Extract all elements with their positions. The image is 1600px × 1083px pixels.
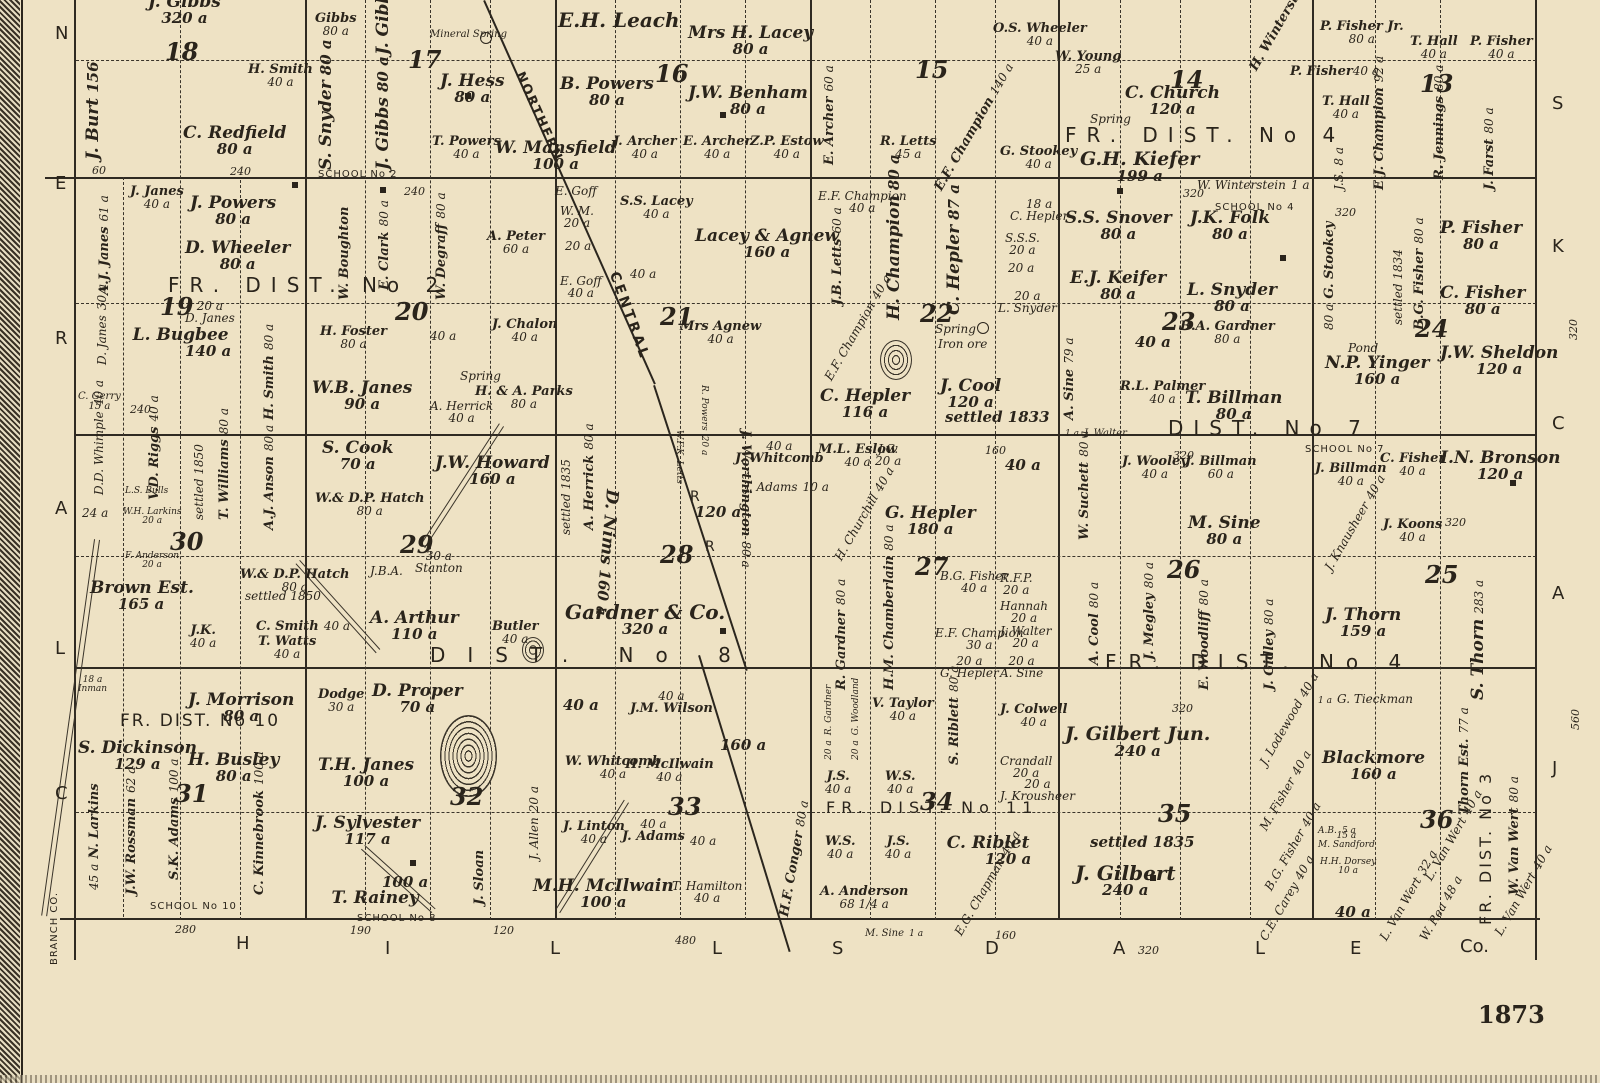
county-letter: L bbox=[550, 940, 560, 958]
county-letter: J bbox=[1552, 760, 1557, 778]
parcel: 40 a bbox=[690, 835, 716, 847]
parcel: T. Hall40 a bbox=[1410, 35, 1458, 60]
dimension-label: 320 bbox=[1138, 945, 1159, 956]
house-icon bbox=[1117, 188, 1123, 194]
parcel: T. Williams 80 a bbox=[215, 408, 231, 520]
dimension-label: 240 bbox=[230, 166, 251, 177]
county-letter: L bbox=[1255, 940, 1265, 958]
parcel: W. M.20 a bbox=[560, 205, 594, 229]
county-letter: E bbox=[1350, 940, 1361, 958]
parcel: J.W. Sheldon120 a bbox=[1440, 345, 1558, 377]
parcel: 160 a bbox=[720, 738, 766, 753]
parcel: Gibbs80 a bbox=[315, 12, 357, 37]
parcel: S.S. Lacey40 a bbox=[620, 195, 693, 220]
parcel: 20 aL. Snyder bbox=[998, 290, 1057, 314]
parcel: 40 a bbox=[1335, 905, 1371, 920]
parcel: 40 aJ. Whitcomb bbox=[735, 440, 824, 465]
parcel: E.J. Keifer80 a bbox=[1070, 270, 1166, 302]
plat-map: N E R A L C BRANCH CO. H I L L S D A L E… bbox=[0, 0, 1600, 1083]
parcel: W. Boughton bbox=[335, 207, 351, 300]
parcel: Mrs Agnew40 a bbox=[680, 320, 761, 345]
parcel: W. Mansfield100 a bbox=[495, 140, 617, 172]
parcel: C. Church120 a bbox=[1125, 85, 1220, 117]
parcel: W.S.40 a bbox=[825, 835, 856, 860]
parcel: J.S.40 a bbox=[885, 835, 911, 860]
section-number: 20 bbox=[395, 300, 428, 324]
parcel: J. Gidley 80 a bbox=[1260, 599, 1276, 690]
quarter-line bbox=[995, 0, 996, 920]
parcel: 40 a bbox=[563, 698, 599, 713]
section-number: 34 bbox=[920, 790, 953, 814]
district-label: FR. DIST. No 2 bbox=[168, 275, 448, 295]
parcel: Dodge30 a bbox=[318, 688, 364, 713]
parcel: A. Peter60 a bbox=[487, 230, 545, 255]
parcel: H.M. Chamberlain 80 a bbox=[880, 524, 896, 690]
south-township-line bbox=[60, 918, 1540, 920]
parcel: 20 a bbox=[1008, 262, 1034, 274]
parcel: G. Stookey40 a bbox=[1000, 145, 1077, 170]
parcel: S. Snyder 80 a bbox=[318, 39, 335, 170]
parcel: H. Champion 80 a bbox=[886, 154, 903, 320]
dimension-label: 320 bbox=[1335, 207, 1356, 218]
parcel: E. Goff40 a bbox=[560, 275, 602, 299]
county-letter: L bbox=[55, 640, 65, 658]
parcel: Z.P. Estow40 a bbox=[750, 135, 824, 160]
parcel: S.S. Snover80 a bbox=[1065, 210, 1172, 242]
branch-county-label: BRANCH CO. bbox=[50, 892, 60, 965]
parcel: C. Hepler116 a bbox=[820, 388, 910, 420]
parcel: A. Herrick40 a bbox=[430, 400, 493, 424]
parcel: A. Sine 79 a bbox=[1060, 337, 1076, 420]
settled-label: settled 1835 bbox=[1090, 835, 1195, 850]
parcel: C. Fisher80 a bbox=[1440, 285, 1525, 317]
parcel: J. Billman60 a bbox=[1185, 455, 1257, 480]
parcel: L. Van Wert 40 a bbox=[1490, 841, 1555, 938]
parcel: C. Smith 40 a bbox=[256, 617, 350, 633]
parcel: Mrs H. Lacey80 a bbox=[688, 25, 813, 57]
parcel: C. Fisher40 a bbox=[1380, 452, 1445, 477]
parcel: J. Gibbs320 a bbox=[148, 0, 221, 26]
parcel: E. Archer 60 a bbox=[820, 65, 836, 165]
county-letter: N bbox=[55, 25, 68, 43]
section-number: 28 bbox=[660, 543, 693, 567]
spring-icon bbox=[977, 322, 989, 334]
dimension-label: 120 bbox=[493, 925, 514, 936]
house-icon bbox=[1280, 255, 1286, 261]
county-letter: H bbox=[236, 935, 250, 953]
parcel: D.D. Whimple 40 a bbox=[90, 380, 106, 495]
parcel: J. Sylvester117 a bbox=[315, 815, 420, 847]
iron-ore-label: Iron ore bbox=[938, 338, 987, 350]
parcel: J. Morrison80 a bbox=[188, 692, 294, 724]
section-number: 15 bbox=[915, 58, 948, 82]
parcel: H. Smith 80 a bbox=[260, 324, 276, 420]
parcel: P. Fisher40 a bbox=[1290, 62, 1379, 78]
pond-icon bbox=[880, 340, 912, 380]
parcel: J.B.A. bbox=[370, 565, 403, 577]
parcel: L. Bugbee140 a bbox=[130, 327, 231, 359]
parcel: J. Sloan bbox=[470, 850, 486, 905]
parcel: 80 a G. Stookey bbox=[1320, 221, 1336, 330]
parcel: J. Cool120 a bbox=[940, 378, 1001, 410]
map-border-bottom bbox=[0, 1075, 1600, 1083]
parcel: J. Gibbs 90 bbox=[375, 0, 392, 55]
dimension-label: 190 bbox=[350, 925, 371, 936]
parcel: T. Hamilton40 a bbox=[672, 880, 742, 904]
parcel: R. Powers 20 a bbox=[699, 385, 715, 455]
parcel: H. Smith40 a bbox=[248, 63, 313, 88]
parcel: O.S. Wheeler40 a bbox=[993, 22, 1087, 47]
parcel: A. Arthur110 a bbox=[370, 610, 459, 642]
parcel: P. Fisher Jr.80 a bbox=[1320, 20, 1404, 45]
parcel: W. Winterstein 1 a bbox=[1197, 176, 1310, 192]
parcel: 100 aT. Rainey bbox=[322, 875, 428, 907]
quarter-line bbox=[76, 303, 1536, 304]
section-number: 32 bbox=[450, 785, 483, 809]
section-number: 33 bbox=[668, 795, 701, 819]
parcel: 20 aD. Janes bbox=[185, 300, 235, 324]
parcel: J.K. Folk80 a bbox=[1190, 210, 1270, 242]
county-letter: A bbox=[1113, 940, 1125, 958]
parcel: 20 a bbox=[565, 240, 591, 252]
parcel: J.C.20 a bbox=[875, 443, 901, 467]
parcel: L.S. Bulls bbox=[125, 487, 168, 496]
parcel: N.P. Yinger160 a bbox=[1325, 355, 1430, 387]
parcel: J. Archer40 a bbox=[613, 135, 677, 160]
parcel: J. Chalon40 a bbox=[492, 318, 557, 343]
parcel: W.& D.P. Hatch80 a bbox=[240, 568, 349, 593]
parcel: W.H. Larkins20 a bbox=[123, 508, 182, 526]
parcel: J. Colwell40 a bbox=[1000, 703, 1068, 728]
parcel: A.J. Anson 80 a bbox=[260, 425, 276, 530]
parcel: 1 a G. Tieckman bbox=[1318, 690, 1413, 706]
parcel: S. Thorn 283 a bbox=[1470, 580, 1487, 700]
parcel: J. Linton40 a bbox=[563, 820, 625, 845]
parcel: J.S.40 a bbox=[825, 770, 851, 795]
parcel: G.H. Kiefer199 a bbox=[1080, 150, 1199, 184]
parcel: J. Hess80 a bbox=[440, 73, 505, 105]
quarter-line bbox=[76, 556, 1536, 557]
dimension-label: 280 bbox=[175, 924, 196, 935]
parcel: M. Sine80 a bbox=[1188, 515, 1261, 547]
parcel: J. Walter20 a bbox=[1000, 625, 1051, 649]
parcel: J.B. Letts 60 a bbox=[828, 207, 844, 305]
settled-label: settled 1834 bbox=[1392, 249, 1404, 325]
parcel: 45 a N. Larkins bbox=[85, 783, 101, 890]
parcel: 20 a G. Woodland bbox=[845, 678, 861, 760]
dimension-label: 320 bbox=[1568, 319, 1579, 340]
section-number: 25 bbox=[1425, 563, 1458, 587]
parcel: 30 aStanton bbox=[415, 550, 463, 574]
parcel: 120 a bbox=[695, 505, 741, 520]
parcel: H. McIlwain40 a bbox=[625, 758, 714, 783]
parcel: 40 a bbox=[1135, 335, 1171, 350]
parcel: J. Adams 10 a bbox=[745, 478, 829, 494]
section-number: 35 bbox=[1158, 802, 1191, 826]
parcel: A. Herrick 80 a bbox=[580, 423, 596, 530]
parcel: T.H. Janes100 a bbox=[318, 757, 414, 789]
railroad-label: CENTRAL bbox=[607, 270, 652, 362]
dimension-label: 320 bbox=[1172, 703, 1193, 714]
parcel: 40 a bbox=[1005, 458, 1041, 473]
school-label: SCHOOL No 2 bbox=[318, 170, 397, 180]
parcel: J.S. 8 a bbox=[1330, 147, 1346, 190]
parcel: S.K. Adams 100 a bbox=[165, 759, 181, 880]
parcel: B. Powers80 a bbox=[560, 76, 654, 108]
parcel: P. Fisher80 a bbox=[1440, 220, 1522, 252]
parcel: 20 a R. Gardner bbox=[818, 685, 834, 760]
parcel: F. Anderson20 a bbox=[125, 552, 179, 570]
parcel: J. Thorn159 a bbox=[1325, 607, 1401, 639]
parcel: J. Koons40 a bbox=[1383, 518, 1442, 543]
county-letter: D bbox=[985, 940, 999, 958]
county-letter: K bbox=[1552, 238, 1564, 256]
parcel: J. Gilbert Jun.240 a bbox=[1065, 725, 1210, 759]
parcel: J.W. Benham80 a bbox=[688, 85, 808, 117]
parcel: I.N. Bronson120 a bbox=[1440, 450, 1560, 482]
parcel: W.& D.P. Hatch80 a bbox=[315, 492, 424, 517]
parcel: Brown Est.165 a bbox=[90, 580, 194, 612]
parcel: S.S.S.20 a bbox=[1005, 232, 1040, 256]
county-letter: A bbox=[1552, 585, 1564, 603]
parcel: D. Wheeler80 a bbox=[185, 240, 290, 272]
county-letter: Co. bbox=[1460, 938, 1489, 956]
parcel: C. Hepler 87 a bbox=[946, 184, 963, 315]
dimension-label: 60 bbox=[92, 165, 106, 176]
county-letter: A bbox=[55, 500, 67, 518]
parcel: T. Watts40 a bbox=[258, 635, 316, 660]
mineral-spring-label: Mineral Spring bbox=[430, 30, 507, 40]
parcel: M. Sine 1 a bbox=[865, 923, 923, 939]
map-year: 1873 bbox=[1478, 1000, 1545, 1029]
dimension-label: 160 bbox=[985, 445, 1006, 456]
parcel: Butler40 a bbox=[492, 620, 539, 645]
county-letter: I bbox=[385, 940, 390, 958]
parcel: J. Farst 80 a bbox=[1480, 107, 1496, 190]
section-number: 18 bbox=[165, 40, 198, 64]
parcel: P. Fisher40 a bbox=[1470, 35, 1533, 60]
parcel: J. Burt 156 bbox=[85, 61, 102, 160]
parcel: V.D. Riggs 40 a bbox=[145, 395, 161, 500]
house-icon bbox=[380, 187, 386, 193]
parcel: J. Powers80 a bbox=[190, 195, 276, 227]
parcel: W. Young25 a bbox=[1055, 50, 1121, 75]
parcel: W.S.40 a bbox=[885, 770, 916, 795]
parcel: A.J. Janes 61 a bbox=[95, 195, 111, 295]
parcel: M.H. McIlwain100 a bbox=[533, 878, 674, 910]
parcel: G. Hepler180 a bbox=[885, 505, 976, 537]
parcel: R.F.P.20 a bbox=[1000, 572, 1033, 596]
parcel: J.W. Howard160 a bbox=[435, 455, 550, 487]
parcel: Hannah20 a bbox=[1000, 600, 1048, 624]
parcel: 18 aInman bbox=[78, 676, 107, 694]
district-label: DIST. No 8 bbox=[430, 645, 753, 665]
map-border-left bbox=[0, 0, 20, 1083]
parcel: 40 a bbox=[430, 330, 456, 342]
parcel: W. Van Wert 80 a bbox=[1505, 776, 1521, 895]
parcel: H. Foster80 a bbox=[320, 325, 387, 350]
county-letter: S bbox=[832, 940, 843, 958]
parcel: Crandall20 a bbox=[1000, 755, 1052, 779]
settled-label: settled 1833 bbox=[945, 410, 1050, 425]
parcel: E. Goff bbox=[555, 185, 597, 197]
parcel: 20 aJ. Krousheer bbox=[1000, 778, 1075, 802]
parcel: E. Woodliff 80 a bbox=[1195, 579, 1211, 690]
school-label: SCHOOL No 7 bbox=[1305, 445, 1384, 455]
parcel: Lacey & Agnew160 a bbox=[695, 228, 839, 260]
parcel: S. Riblett 80 a bbox=[945, 666, 961, 765]
dimension-label: 160 bbox=[995, 930, 1016, 941]
parcel: D. Janes 30 a bbox=[93, 284, 109, 365]
parcel: R. Gardner 80 a bbox=[832, 579, 848, 690]
parcel: J. Wooley40 a bbox=[1122, 455, 1188, 480]
county-letter: E bbox=[55, 175, 66, 193]
parcel: J. Allen 20 a bbox=[525, 786, 541, 860]
parcel: B.A. Gardner80 a bbox=[1180, 320, 1275, 345]
county-letter: C bbox=[1552, 415, 1565, 433]
parcel: J.K.40 a bbox=[190, 624, 216, 649]
dimension-label: 320 bbox=[1445, 517, 1466, 528]
parcel: E. Clark 80 a bbox=[375, 200, 391, 290]
parcel: 40 aJ. Adams bbox=[622, 818, 685, 843]
map-border-line bbox=[21, 0, 23, 1083]
parcel: 18 aC. Hepler bbox=[1010, 198, 1068, 222]
parcel: J. Gibbs 80 a bbox=[375, 56, 392, 170]
parcel: E.J. Champion 92 a bbox=[1370, 56, 1386, 190]
parcel: A. Anderson68 1/4 a bbox=[820, 885, 908, 910]
parcel: E.H. Leach bbox=[558, 10, 680, 30]
parcel: J. Gilbert240 a bbox=[1075, 863, 1176, 898]
parcel: 24 a bbox=[82, 507, 108, 519]
dimension-label: 240 bbox=[404, 186, 425, 197]
parcel: E. Archer40 a bbox=[683, 135, 751, 160]
parcel: V. Taylor40 a bbox=[872, 697, 934, 722]
parcel: 15 aM. Sandford bbox=[1318, 832, 1375, 850]
school-label: SCHOOL No 8 bbox=[357, 914, 436, 924]
school-label: SCHOOL No 10 bbox=[150, 902, 237, 912]
parcel: 40 aJ.M. Wilson bbox=[630, 690, 713, 715]
parcel: J.W. Rossman 62 a bbox=[122, 767, 138, 895]
house-icon bbox=[410, 860, 416, 866]
parcel: T. Hall40 a bbox=[1322, 95, 1370, 120]
section-number: 16 bbox=[655, 62, 688, 86]
parcel: J. Megley 80 a bbox=[1140, 562, 1156, 660]
parcel: A. Cool 80 a bbox=[1085, 582, 1101, 665]
county-letter: S bbox=[1552, 95, 1563, 113]
house-icon bbox=[292, 182, 298, 188]
settled-label: settled 1850 bbox=[193, 444, 205, 520]
parcel: W. Degraff 80 a bbox=[432, 192, 448, 300]
county-letter: R bbox=[55, 330, 68, 348]
county-letter: C bbox=[55, 785, 68, 803]
parcel: H.F. Conger 80 a bbox=[775, 799, 811, 918]
parcel: H.H. Dorsey10 a bbox=[1320, 858, 1376, 876]
parcel: B.G. Fisher40 a bbox=[940, 570, 1008, 594]
section-line-v1 bbox=[305, 0, 307, 920]
parcel: S. Cook70 a bbox=[322, 440, 394, 472]
parcel: W.B. Janes90 a bbox=[312, 380, 412, 412]
section-number: 17 bbox=[408, 48, 441, 72]
parcel: C. Redfield80 a bbox=[183, 125, 286, 157]
parcel: W.F.K. Letts bbox=[674, 430, 690, 484]
parcel: Gardner & Co.320 a bbox=[565, 602, 725, 637]
parcel: L. Snyder80 a bbox=[1187, 282, 1277, 314]
spring-label: Spring bbox=[460, 370, 501, 382]
spring-label: Spring bbox=[935, 323, 976, 335]
district-label: FR. DIST. No 4 bbox=[1065, 125, 1345, 145]
parcel: 20 aA. Sine bbox=[1000, 655, 1043, 679]
parcel: B.G. Fisher 80 a bbox=[1410, 217, 1426, 330]
parcel: Blackmore160 a bbox=[1322, 750, 1425, 782]
parcel: T. Powers40 a bbox=[432, 135, 501, 160]
railroad-label: R bbox=[705, 540, 716, 554]
quarter-line bbox=[76, 60, 1536, 61]
quarter-line bbox=[430, 0, 431, 920]
dimension-label: 560 bbox=[1570, 709, 1581, 730]
parcel: T. Billman80 a bbox=[1185, 390, 1282, 422]
parcel: W. Suchett 80 a bbox=[1075, 431, 1091, 540]
dimension-label: 480 bbox=[675, 935, 696, 946]
parcel: R. Jennings 80 a bbox=[1430, 65, 1446, 180]
settled-label: settled 1835 bbox=[560, 459, 572, 535]
county-letter: L bbox=[712, 940, 722, 958]
parcel: C. Kinnebrook 100 a bbox=[250, 751, 266, 895]
west-township-line bbox=[74, 0, 76, 960]
railroad-label: R bbox=[690, 490, 701, 504]
parcel: 40 a bbox=[630, 268, 656, 280]
parcel: J. Janes40 a bbox=[130, 185, 184, 210]
parcel: D. Proper70 a bbox=[372, 683, 463, 715]
